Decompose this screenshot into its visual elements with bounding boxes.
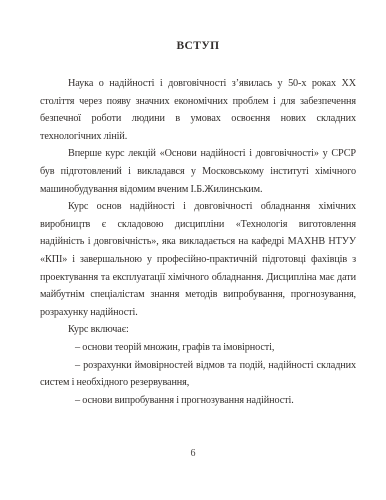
paragraph-course-includes: Курс включає:	[40, 321, 356, 339]
paragraph-intro: Наука о надійності і довговічності з’яви…	[40, 75, 356, 145]
list-item-testing-forecasting: – основи випробування і прогнозування на…	[40, 392, 356, 410]
page-title: ВСТУП	[40, 40, 356, 52]
paragraph-course-description: Курс основ надійності і довговічності об…	[40, 198, 356, 321]
page-number: 6	[0, 448, 386, 459]
text-block: ВСТУП Наука о надійності і довговічності…	[40, 40, 356, 409]
paragraph-first-course: Вперше курс лекцій «Основи надійності і …	[40, 145, 356, 198]
list-item-set-theory: – основи теорій множин, графів та імовір…	[40, 339, 356, 357]
list-item-probability-calcs: – розрахунки ймовірностей відмов та поді…	[40, 357, 356, 392]
document-page: ВСТУП Наука о надійності і довговічності…	[0, 0, 386, 500]
